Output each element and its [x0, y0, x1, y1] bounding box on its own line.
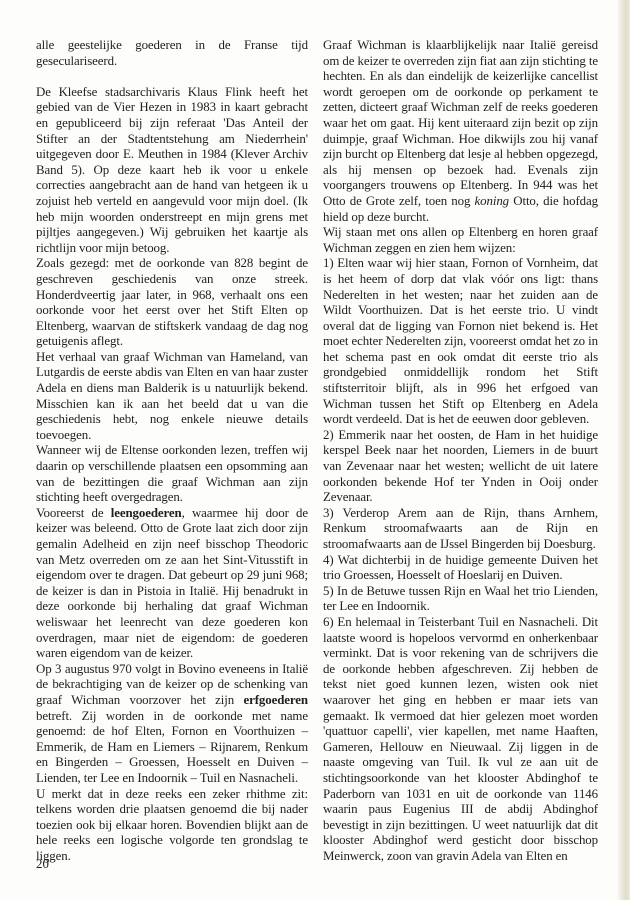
right-column: Graaf Wichman is klaarblijkelijk naar It… [323, 38, 598, 864]
list-item: 1) Elten waar wij hier staan, Fornon of … [323, 256, 598, 428]
paragraph: Het verhaal van graaf Wichman van Hamela… [36, 350, 308, 444]
paragraph: alle geestelijke goederen in de Franse t… [36, 38, 308, 69]
bold-term: erfgoederen [243, 693, 308, 707]
list-item: 4) Wat dichterbij in de huidige gemeente… [323, 553, 598, 584]
bold-term: leengoederen [111, 506, 182, 520]
paragraph: Op 3 augustus 970 volgt in Bovino evenee… [36, 662, 308, 787]
page-number: 20 [36, 857, 49, 872]
page-edge-shadow [616, 0, 630, 900]
paragraph: Vooreerst de leengoederen, waarmee hij d… [36, 506, 308, 662]
text-run: , waarmee hij door de keizer was beleend… [36, 506, 308, 660]
text-run: Graaf Wichman is klaarblijkelijk naar It… [323, 38, 598, 208]
paragraph: U merkt dat in deze reeks een zeker rhit… [36, 787, 308, 865]
paragraph: Graaf Wichman is klaarblijkelijk naar It… [323, 38, 598, 225]
list-item: 5) In de Betuwe tussen Rijn en Waal het … [323, 584, 598, 615]
paragraph: Zoals gezegd: met de oorkonde van 828 be… [36, 256, 308, 350]
paragraph: Wanneer wij de Eltense oorkonden lezen, … [36, 443, 308, 505]
list-item: 3) Verderop Arem aan de Rijn, thans Arnh… [323, 506, 598, 553]
text-run: Vooreerst de [36, 506, 111, 520]
italic-term: koning [475, 194, 509, 208]
paragraph: Wij staan met ons allen op Eltenberg en … [323, 225, 598, 256]
text-run: betreft. Zij worden in de oorkonde met n… [36, 709, 308, 785]
list-item: 6) En helemaal in Teisterbant Tuil en Na… [323, 615, 598, 865]
list-item: 2) Emmerik naar het oosten, de Ham in he… [323, 428, 598, 506]
paragraph: De Kleefse stadsarchivaris Klaus Flink h… [36, 85, 308, 257]
left-column: alle geestelijke goederen in de Franse t… [36, 38, 308, 864]
